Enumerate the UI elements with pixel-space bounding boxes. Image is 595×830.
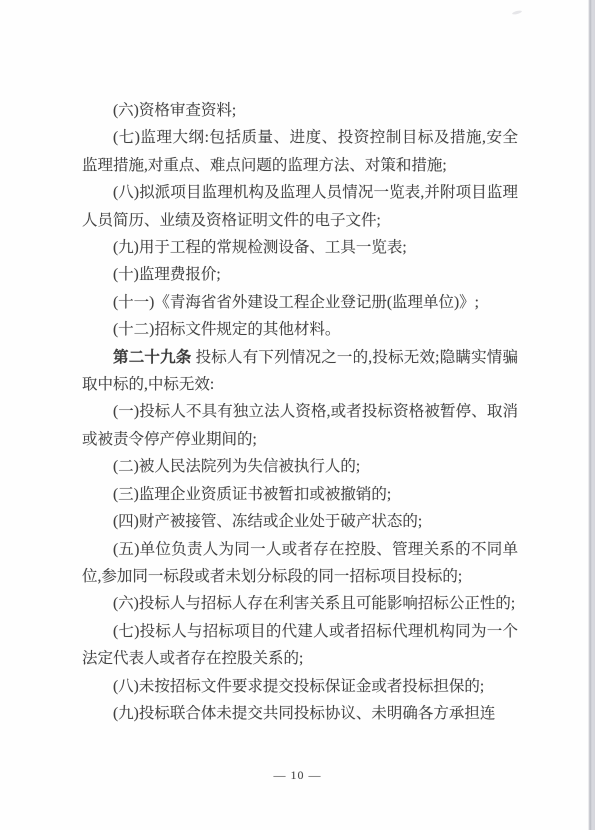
scanned-document-page: (六)资格审查资料; (七)监理大纲:包括质量、进度、投资控制目标及措施,安全监… xyxy=(0,0,595,830)
paragraph: (一)投标人不具有独立法人资格,或者投标资格被暂停、取消或被责令停产停业期间的; xyxy=(82,398,518,453)
paragraph: (十一)《青海省省外建设工程企业登记册(监理单位)》; xyxy=(82,289,518,316)
paragraph: (八)拟派项目监理机构及监理人员情况一览表,并附项目监理人员简历、业绩及资格证明… xyxy=(82,179,518,234)
paragraph: (十)监理费报价; xyxy=(82,261,518,288)
paragraph: (七)监理大纲:包括质量、进度、投资控制目标及措施,安全监理措施,对重点、难点问… xyxy=(82,124,518,179)
paragraph: (十二)招标文件规定的其他材料。 xyxy=(82,316,518,343)
paragraph: (五)单位负责人为同一人或者存在控股、管理关系的不同单位,参加同一标段或者未划分… xyxy=(82,536,518,591)
paragraph: (九)用于工程的常规检测设备、工具一览表; xyxy=(82,234,518,261)
page-edge-shadow xyxy=(587,0,595,830)
article-number: 第二十九条 xyxy=(113,349,192,366)
paragraph-article-29: 第二十九条 投标人有下列情况之一的,投标无效;隐瞒实情骗取中标的,中标无效: xyxy=(82,344,518,399)
scan-artifact xyxy=(512,10,522,15)
paragraph: (三)监理企业资质证书被暂扣或被撤销的; xyxy=(82,481,518,508)
paragraph: (四)财产被接管、冻结或企业处于破产状态的; xyxy=(82,508,518,535)
paragraph: (八)未按招标文件要求提交投标保证金或者投标担保的; xyxy=(82,673,518,700)
document-body: (六)资格审查资料; (七)监理大纲:包括质量、进度、投资控制目标及措施,安全监… xyxy=(82,97,518,727)
paragraph: (六)资格审查资料; xyxy=(82,97,518,124)
paragraph: (九)投标联合体未提交共同投标协议、未明确各方承担连 xyxy=(82,700,518,727)
paragraph: (七)投标人与招标项目的代建人或者招标代理机构同为一个法定代表人或者存在控股关系… xyxy=(82,618,518,673)
paragraph: (六)投标人与招标人存在利害关系且可能影响招标公正性的; xyxy=(82,590,518,617)
page-number: — 10 — xyxy=(0,768,595,783)
paragraph: (二)被人民法院列为失信被执行人的; xyxy=(82,453,518,480)
